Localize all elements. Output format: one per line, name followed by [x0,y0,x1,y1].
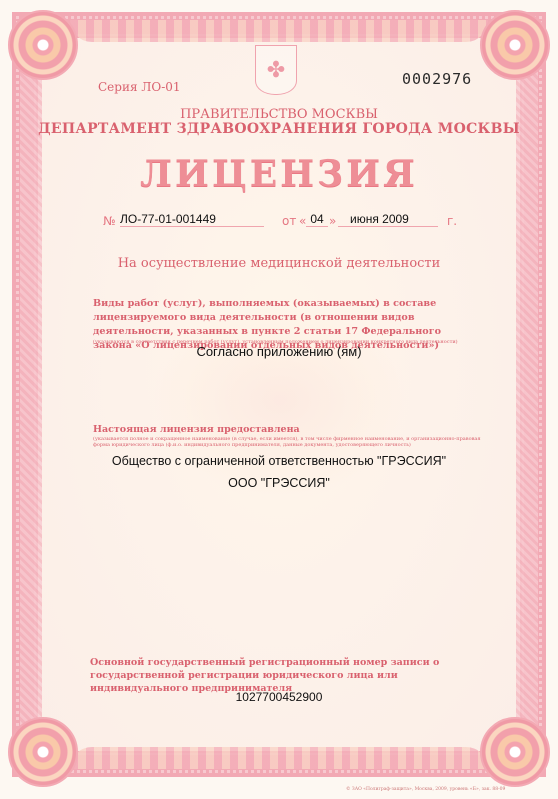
date-prefix: от [282,214,296,228]
number-sign: № [103,214,115,228]
granted-label-text: Настоящая лицензия предоставлена [93,424,300,435]
document-title: ЛИЦЕНЗИЯ [0,153,558,195]
works-value: Согласно приложению (ям) [0,344,558,359]
issue-day: 04 [306,212,328,227]
quote-close: » [329,214,336,228]
document-content: Серия ЛО-01 ✤ 0002976 ПРАВИТЕЛЬСТВО МОСК… [0,0,558,799]
organization-short-name: ООО "ГРЭССИЯ" [0,476,558,490]
printer-imprint: © ЗАО «Полиграф-защита», Москва, 2009, у… [346,787,505,792]
organization-full-name: Общество с ограниченной ответственностью… [0,454,558,468]
government-name: ПРАВИТЕЛЬСТВО МОСКВЫ [0,107,558,122]
granted-note: (указывается полное и сокращенное наимен… [93,436,483,448]
activity-type: На осуществление медицинской деятельност… [0,256,558,271]
series-label: Серия ЛО-01 [98,80,181,94]
granted-label: Настоящая лицензия предоставлена [93,424,483,435]
issue-month-year: июня 2009 [338,212,438,227]
year-suffix: г. [447,214,457,228]
serial-number: 0002976 [402,70,472,88]
license-number: ЛО-77-01-001449 [120,212,264,227]
department-name: ДЕПАРТАМЕНТ ЗДРАВООХРАНЕНИЯ ГОРОДА МОСКВ… [0,121,558,137]
coat-of-arms-icon: ✤ [255,45,297,95]
ogrn-value: 1027700452900 [0,690,558,704]
